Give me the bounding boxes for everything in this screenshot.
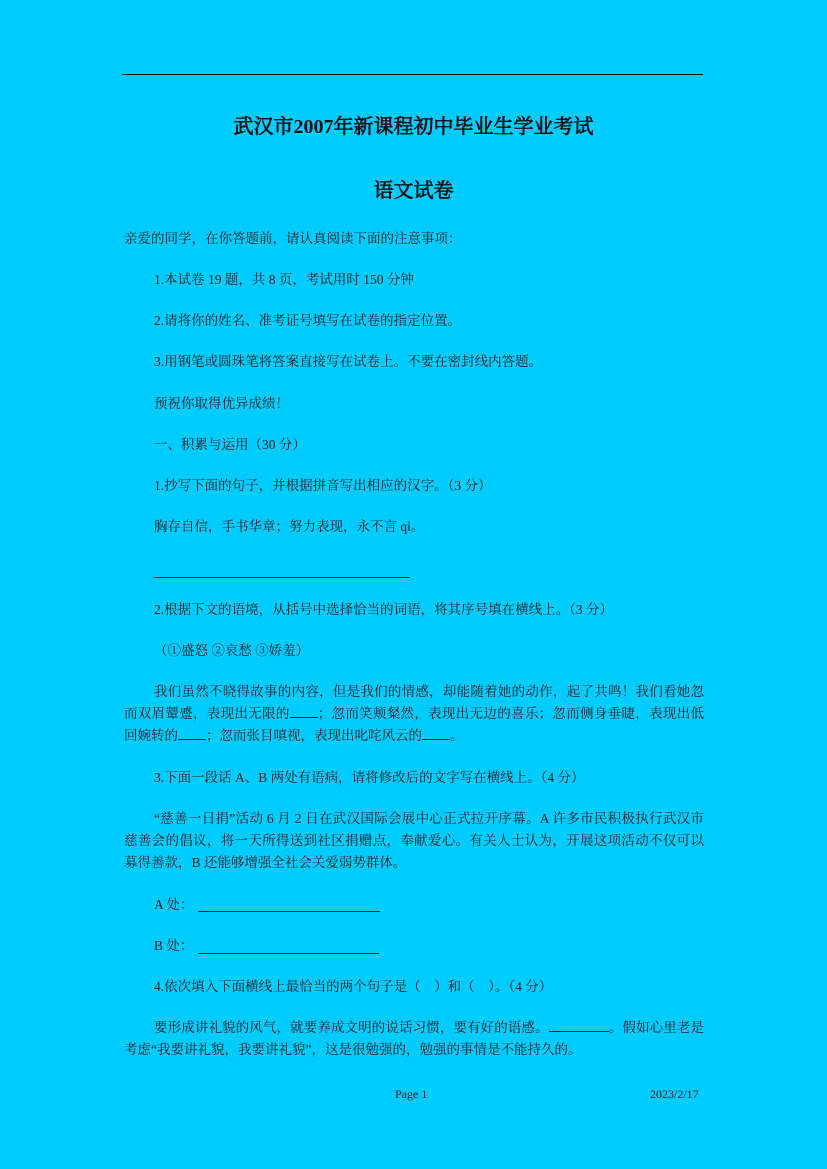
q1-answer-line[interactable] xyxy=(154,577,410,578)
intro-text: 亲爱的同学，在你答题前，请认真阅读下面的注意事项： xyxy=(124,229,462,249)
q2-blank-2[interactable] xyxy=(178,725,206,740)
q1-sentence: 胸存自信，手书华章；努力表现，永不言 qì。 xyxy=(154,517,424,537)
q2-blank-1[interactable] xyxy=(290,703,318,718)
q2-blank-3[interactable] xyxy=(422,725,450,740)
q4-blank[interactable] xyxy=(549,1017,609,1032)
q1-prompt: 1.抄写下面的句子，并根据拼音写出相应的汉字。（3 分） xyxy=(154,476,492,496)
notice-2: 2.请将你的姓名、准考证号填写在试卷的指定位置。 xyxy=(154,311,461,331)
footer-date: 2023/2/17 xyxy=(650,1087,699,1102)
page-number: Page 1 xyxy=(395,1087,427,1102)
q2-prompt: 2.根据下文的语境，从括号中选择恰当的词语，将其序号填在横线上。（3 分） xyxy=(154,600,613,620)
document-subtitle: 语文试卷 xyxy=(0,174,827,203)
document-title: 武汉市2007年新课程初中毕业生学业考试 xyxy=(0,110,827,139)
q3-answer-a-label: A 处： xyxy=(154,895,193,915)
q3-passage: “慈善一日捐”活动 6 月 2 日在武汉国际会展中心正式拉开序幕。A 许多市民积… xyxy=(124,808,704,874)
q4-prompt: 4.依次填入下面横线上最恰当的两个句子是（ ）和（ ）。（4 分） xyxy=(154,977,552,997)
section-heading: 一、积累与运用（30 分） xyxy=(154,435,306,455)
q3-prompt: 3.下面一段话 A、B 两处有语病，请将修改后的文字写在横线上。（4 分） xyxy=(154,768,585,788)
notice-3: 3.用钢笔或圆珠笔将答案直接写在试卷上。不要在密封线内答题。 xyxy=(154,352,542,372)
header-rule xyxy=(122,74,703,75)
q2-options: （①盛怒 ②哀愁 ③娇羞） xyxy=(154,641,309,661)
q2-passage-part: ；忽而张目嗔视，表现出叱咤风云的 xyxy=(206,728,422,743)
q3-answer-b-line[interactable] xyxy=(198,953,379,954)
q3-answer-a-line[interactable] xyxy=(198,911,380,912)
q3-answer-b-label: B 处： xyxy=(154,936,193,956)
q4-passage: 要形成讲礼貌的风气，就要养成文明的说话习惯，要有好的语感。。假如心里老是考虑“我… xyxy=(124,1017,704,1061)
q2-passage-part: 。 xyxy=(450,728,464,743)
notice-1: 1.本试卷 19 题，共 8 页，考试用时 150 分钟 xyxy=(154,270,414,290)
q2-passage: 我们虽然不晓得故事的内容，但是我们的情感，却能随着她的动作，起了共鸣！我们看她忽… xyxy=(124,681,704,747)
q4-passage-part: 要形成讲礼貌的风气，就要养成文明的说话习惯，要有好的语感。 xyxy=(154,1020,549,1035)
wish-text: 预祝你取得优异成绩！ xyxy=(154,394,289,414)
